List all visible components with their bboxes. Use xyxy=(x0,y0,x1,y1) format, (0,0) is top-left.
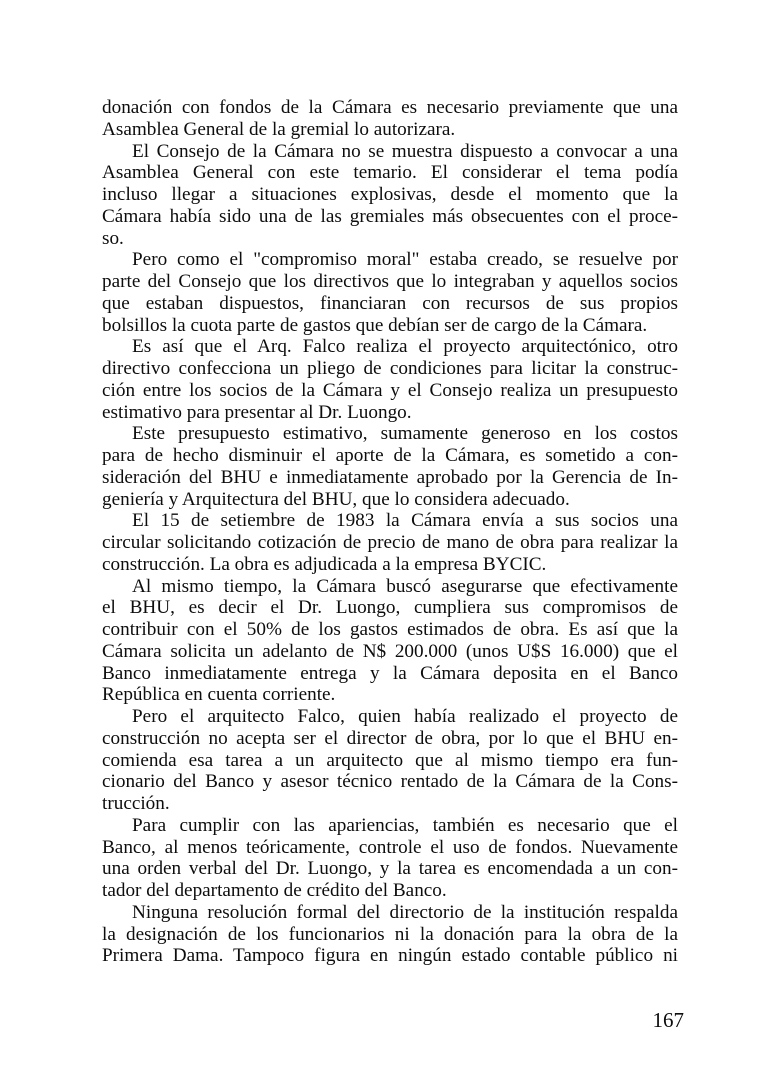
text-line: Banco, al menos teóricamente, controle e… xyxy=(102,837,678,859)
text-line: para de hecho disminuir el aporte de la … xyxy=(102,445,678,467)
text-line: so. xyxy=(102,228,678,250)
text-line: Primera Dama. Tampoco figura en ningún e… xyxy=(102,945,678,967)
text-line: incluso llegar a situaciones explosivas,… xyxy=(102,184,678,206)
text-line: República en cuenta corriente. xyxy=(102,684,678,706)
paragraph-first-line: Pero el arquitecto Falco, quien había re… xyxy=(102,706,678,728)
text-line: Banco inmediatamente entrega y la Cámara… xyxy=(102,663,678,685)
text-line: construcción. La obra es adjudicada a la… xyxy=(102,554,678,576)
text-line: la designación de los funcionarios ni la… xyxy=(102,924,678,946)
paragraph-first-line: Al mismo tiempo, la Cámara buscó asegura… xyxy=(102,576,678,598)
paragraph-first-line: Este presupuesto estimativo, sumamente g… xyxy=(102,423,678,445)
paragraph-first-line: El 15 de setiembre de 1983 la Cámara env… xyxy=(102,510,678,532)
text-line: estimativo para presentar al Dr. Luongo. xyxy=(102,402,678,424)
paragraph-first-line: Ninguna resolución formal del directorio… xyxy=(102,902,678,924)
text-line: cionario del Banco y asesor técnico rent… xyxy=(102,771,678,793)
text-line: una orden verbal del Dr. Luongo, y la ta… xyxy=(102,858,678,880)
text-line: Cámara había sido una de las gremiales m… xyxy=(102,206,678,228)
text-line: circular solicitando cotización de preci… xyxy=(102,532,678,554)
text-line: donación con fondos de la Cámara es nece… xyxy=(102,97,678,119)
page-number: 167 xyxy=(648,1008,684,1033)
text-line: que estaban dispuestos, financiaran con … xyxy=(102,293,678,315)
text-line: parte del Consejo que los directivos que… xyxy=(102,271,678,293)
text-line: contribuir con el 50% de los gastos esti… xyxy=(102,619,678,641)
paragraph-first-line: Para cumplir con las apariencias, tambié… xyxy=(102,815,678,837)
text-line: directivo confecciona un pliego de condi… xyxy=(102,358,678,380)
body-text: donación con fondos de la Cámara es nece… xyxy=(102,97,678,967)
text-line: sideración del BHU e inmediatamente apro… xyxy=(102,467,678,489)
text-line: Asamblea General con este temario. El co… xyxy=(102,162,678,184)
text-line: comienda esa tarea a un arquitecto que a… xyxy=(102,750,678,772)
book-page: donación con fondos de la Cámara es nece… xyxy=(0,0,782,1086)
text-line: tador del departamento de crédito del Ba… xyxy=(102,880,678,902)
text-line: Cámara solicita un adelanto de N$ 200.00… xyxy=(102,641,678,663)
paragraph-first-line: El Consejo de la Cámara no se muestra di… xyxy=(102,141,678,163)
text-line: Asamblea General de la gremial lo autori… xyxy=(102,119,678,141)
text-line: construcción no acepta ser el director d… xyxy=(102,728,678,750)
paragraph-first-line: Es así que el Arq. Falco realiza el proy… xyxy=(102,336,678,358)
text-line: geniería y Arquitectura del BHU, que lo … xyxy=(102,489,678,511)
paragraph-first-line: Pero como el "compromiso moral" estaba c… xyxy=(102,249,678,271)
text-line: el BHU, es decir el Dr. Luongo, cumplier… xyxy=(102,597,678,619)
text-line: bolsillos la cuota parte de gastos que d… xyxy=(102,315,678,337)
text-line: trucción. xyxy=(102,793,678,815)
text-line: ción entre los socios de la Cámara y el … xyxy=(102,380,678,402)
